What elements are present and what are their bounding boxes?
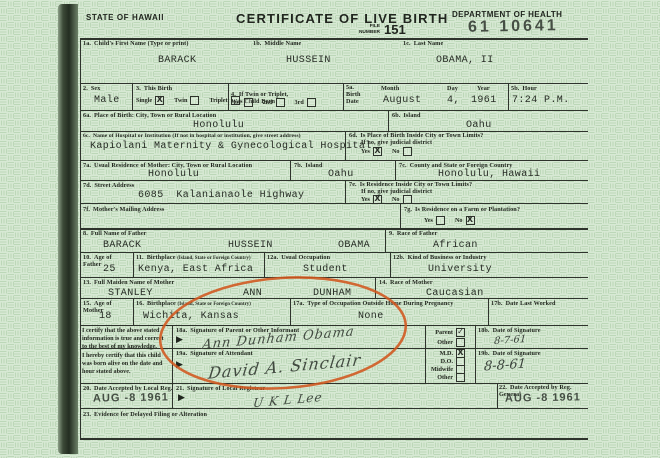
grid-line	[475, 325, 476, 383]
field-7b-value: Oahu	[328, 169, 354, 180]
field-13-value-middle: ANN	[243, 288, 262, 299]
birth-certificate-scan: { "header": { "state": "STATE OF HAWAII"…	[0, 0, 660, 458]
field-14-label: 14.Race of Mother	[379, 279, 433, 286]
field-8-value-middle: HUSSEIN	[228, 240, 273, 251]
grid-line	[290, 298, 291, 325]
arrow-pointer-18a: ▶	[176, 335, 183, 344]
field-7d-value: 6085 Kalanianaole Highway	[138, 190, 304, 201]
field-19b-label: 19b.Date of Signature	[478, 350, 541, 357]
field-5b-label: 5b.Hour	[511, 85, 537, 92]
grid-line	[488, 298, 489, 325]
checkbox-3rd	[307, 98, 316, 107]
field-17a-label: 17a.Type of Occupation Outside Home Duri…	[293, 300, 486, 307]
field-11-value: Kenya, East Africa	[138, 264, 253, 275]
field-17a-value: None	[358, 311, 384, 322]
field-5a-day-header: Day	[447, 85, 458, 92]
field-1a-label: 1a.Child's First Name (Type or print)	[83, 40, 188, 47]
field-13-value-last: DUNHAM	[313, 288, 351, 299]
field-7a-value: Honolulu	[148, 169, 199, 180]
field-4-options: 1st 2nd 3rd	[233, 98, 316, 107]
field-5a-year-value: 1961	[471, 95, 497, 106]
field-16-value: Wichita, Kansas	[143, 311, 239, 322]
field-19b-value: 8-8-61	[484, 356, 527, 374]
grid-line	[80, 203, 588, 204]
field-12a-label: 12a.Usual Occupation	[267, 254, 330, 261]
field-14-value: Caucasian	[426, 288, 484, 299]
grid-line	[80, 110, 588, 111]
field-6b-label: 6b.Island	[392, 112, 421, 119]
field-12a-value: Student	[303, 264, 348, 275]
checkbox-7g-yes	[436, 216, 445, 225]
grid-line	[345, 180, 346, 203]
field-6b-value: Oahu	[466, 120, 492, 131]
field-6d-sublabel: If no, give judicial district	[361, 139, 432, 146]
checkbox-7e-no	[403, 195, 412, 204]
field-7g-options: Yes No X	[424, 216, 475, 225]
field-1b-value: HUSSEIN	[286, 55, 331, 66]
field-1c-label: 1c.Last Name	[403, 40, 443, 47]
grid-line	[172, 325, 173, 383]
field-5a-month-header: Month	[381, 85, 399, 92]
grid-line	[385, 228, 386, 252]
field-18-parent-option: Parent ✓	[420, 328, 465, 337]
checkbox-1st	[244, 98, 253, 107]
certificate-title: CERTIFICATE OF LIVE BIRTH	[236, 11, 448, 26]
field-6c-label: 6c.Name of Hospital or Institution (If n…	[83, 133, 343, 139]
field-1b-label: 1b.Middle Name	[253, 40, 301, 47]
grid-line	[133, 298, 134, 325]
file-number-value: 151	[384, 22, 406, 37]
field-7c-value: Honolulu, Hawaii	[438, 169, 540, 180]
field-15-value: 18	[99, 311, 112, 322]
field-22-date-stamp: AUG -8 1961	[505, 391, 581, 404]
field-5b-value: 7:24 P.M.	[512, 95, 570, 106]
field-18b-value: 8-7-61	[494, 334, 527, 347]
field-17b-label: 17b.Date Last Worked	[491, 300, 583, 307]
grid-line	[80, 252, 588, 253]
field-2-value: Male	[94, 95, 120, 106]
grid-line	[390, 252, 391, 277]
grid-line	[395, 160, 396, 180]
field-7g-label: 7g.Is Residence on a Farm or Plantation?	[404, 206, 520, 213]
field-1c-value: OBAMA, II	[436, 55, 494, 66]
certify-statement-2: I hereby certify that this child was bor…	[82, 352, 172, 376]
checkbox-other-informant	[456, 338, 465, 347]
grid-line	[400, 203, 401, 228]
checkbox-single: X	[155, 96, 164, 105]
grid-line	[80, 408, 588, 409]
field-16-label: 16.Birthplace (Island, State or Foreign …	[136, 300, 288, 308]
field-3-options: Single X Twin Triplet	[136, 96, 240, 105]
field-5a-year-header: Year	[477, 85, 490, 92]
checkbox-other-attendant	[456, 373, 465, 382]
grid-line	[80, 38, 81, 438]
grid-line	[290, 160, 291, 180]
field-6d-options: Yes X No	[361, 147, 412, 156]
field-20-date-stamp: AUG -8 1961	[93, 391, 169, 404]
checkbox-7g-no: X	[466, 216, 475, 225]
file-number-label: FILE NUMBER	[352, 24, 380, 36]
binding-edge	[58, 4, 78, 454]
field-7e-options: Yes X No	[361, 195, 412, 204]
field-8-label: 8.Full Name of Father	[83, 230, 147, 237]
field-19-other-option: Other	[420, 373, 465, 382]
field-9-label: 9.Race of Father	[389, 230, 437, 237]
checkbox-2nd	[276, 98, 285, 107]
field-1a-value: BARACK	[158, 55, 196, 66]
field-7d-label: 7d.Street Address	[83, 182, 134, 189]
grid-line	[133, 252, 134, 277]
field-12b-label: 12b.Kind of Business or Industry	[393, 254, 487, 261]
grid-line	[497, 383, 498, 408]
field-9-value: African	[433, 240, 478, 251]
field-2-label: 2.Sex	[83, 85, 100, 92]
grid-line	[80, 277, 588, 278]
grid-line	[80, 228, 588, 230]
checkbox-parent: ✓	[456, 328, 465, 337]
state-title: STATE OF HAWAII	[86, 13, 164, 22]
field-6a-label: 6a.Place of Birth: City, Town or Rural L…	[83, 112, 216, 119]
grid-line	[343, 83, 344, 110]
field-19a-label: 19a.Signature of Attendant	[176, 350, 253, 357]
grid-line	[264, 252, 265, 277]
grid-line	[132, 83, 133, 110]
field-3-label: 3.This Birth	[136, 85, 172, 92]
checkbox-7e-yes: X	[373, 195, 382, 204]
grid-line	[375, 277, 376, 298]
field-13-label: 13.Full Maiden Name of Mother	[83, 279, 174, 286]
field-18-other-option: Other	[420, 338, 465, 347]
certify-statement-1: I certify that the above stated informat…	[82, 327, 172, 351]
grid-line	[508, 83, 509, 110]
grid-line	[388, 110, 389, 131]
field-23-label: 23.Evidence for Delayed Filing or Altera…	[83, 411, 207, 418]
arrow-pointer-21: ▶	[178, 393, 185, 402]
field-12b-value: University	[428, 264, 492, 275]
grid-line	[80, 83, 588, 84]
field-7f-label: 7f.Mother's Mailing Address	[83, 206, 164, 213]
field-5a-day-value: 4,	[447, 95, 460, 106]
field-8-value-last: OBAMA	[338, 240, 370, 251]
field-10-value: 25	[103, 264, 116, 275]
field-21-label: 21.Signature of Local Registrar	[176, 385, 265, 392]
field-13-value-first: STANLEY	[108, 288, 153, 299]
field-5a-label: 5a. Birth Date	[346, 84, 368, 105]
checkbox-6d-yes: X	[373, 147, 382, 156]
field-5a-month-value: August	[383, 95, 421, 106]
checkbox-twin	[190, 96, 199, 105]
field-6c-value: Kapiolani Maternity & Gynecological Hosp…	[90, 141, 372, 152]
field-18b-label: 18b.Date of Signature	[478, 327, 541, 334]
field-7b-label: 7b.Island	[294, 162, 323, 169]
field-6a-value: Honolulu	[193, 120, 244, 131]
field-8-value-first: BARACK	[103, 240, 141, 251]
certificate-number-stamp: 61 10641	[468, 17, 559, 37]
arrow-pointer-19a: ▶	[176, 360, 183, 369]
grid-line	[80, 438, 588, 440]
grid-line	[80, 160, 588, 161]
checkbox-6d-no	[403, 147, 412, 156]
field-11-label: 11.Birthplace (Island, State or Foreign …	[136, 254, 262, 262]
